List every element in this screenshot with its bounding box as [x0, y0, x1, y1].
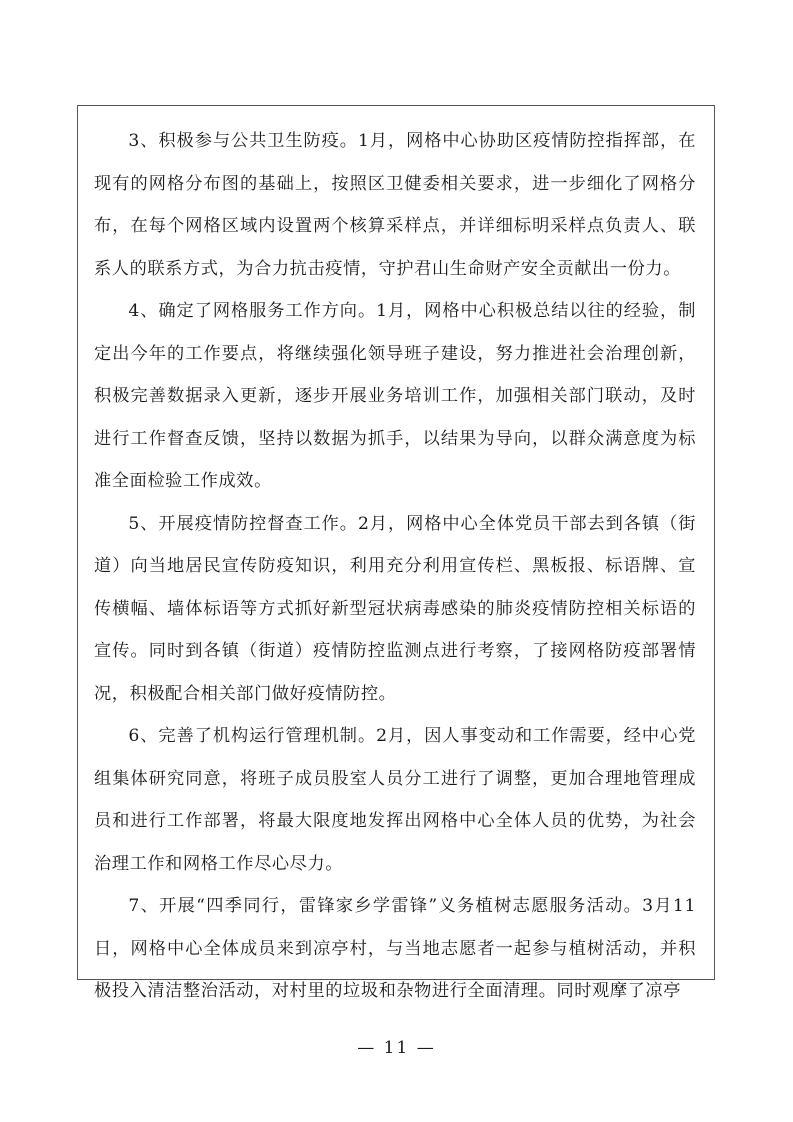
paragraph-5: 5、开展疫情防控督查工作。2月，网格中心全体党员干部去到各镇（街道）向当地居民宣… [94, 503, 696, 716]
paragraph-7: 7、开展“四季同行，雷锋家乡学雷锋”义务植树志愿服务活动。3月11日，网格中心全… [94, 885, 696, 1013]
content-box: 3、积极参与公共卫生防疫。1月，网格中心协助区疫情防控指挥部，在现有的网格分布图… [77, 105, 715, 980]
paragraph-4: 4、确定了网格服务工作方向。1月，网格中心积极总结以往的经验，制定出今年的工作要… [94, 290, 696, 503]
paragraph-3: 3、积极参与公共卫生防疫。1月，网格中心协助区疫情防控指挥部，在现有的网格分布图… [94, 120, 696, 290]
page-number: — 11 — [0, 1038, 793, 1058]
paragraph-6: 6、完善了机构运行管理机制。2月，因人事变动和工作需要，经中心党组集体研究同意，… [94, 715, 696, 885]
